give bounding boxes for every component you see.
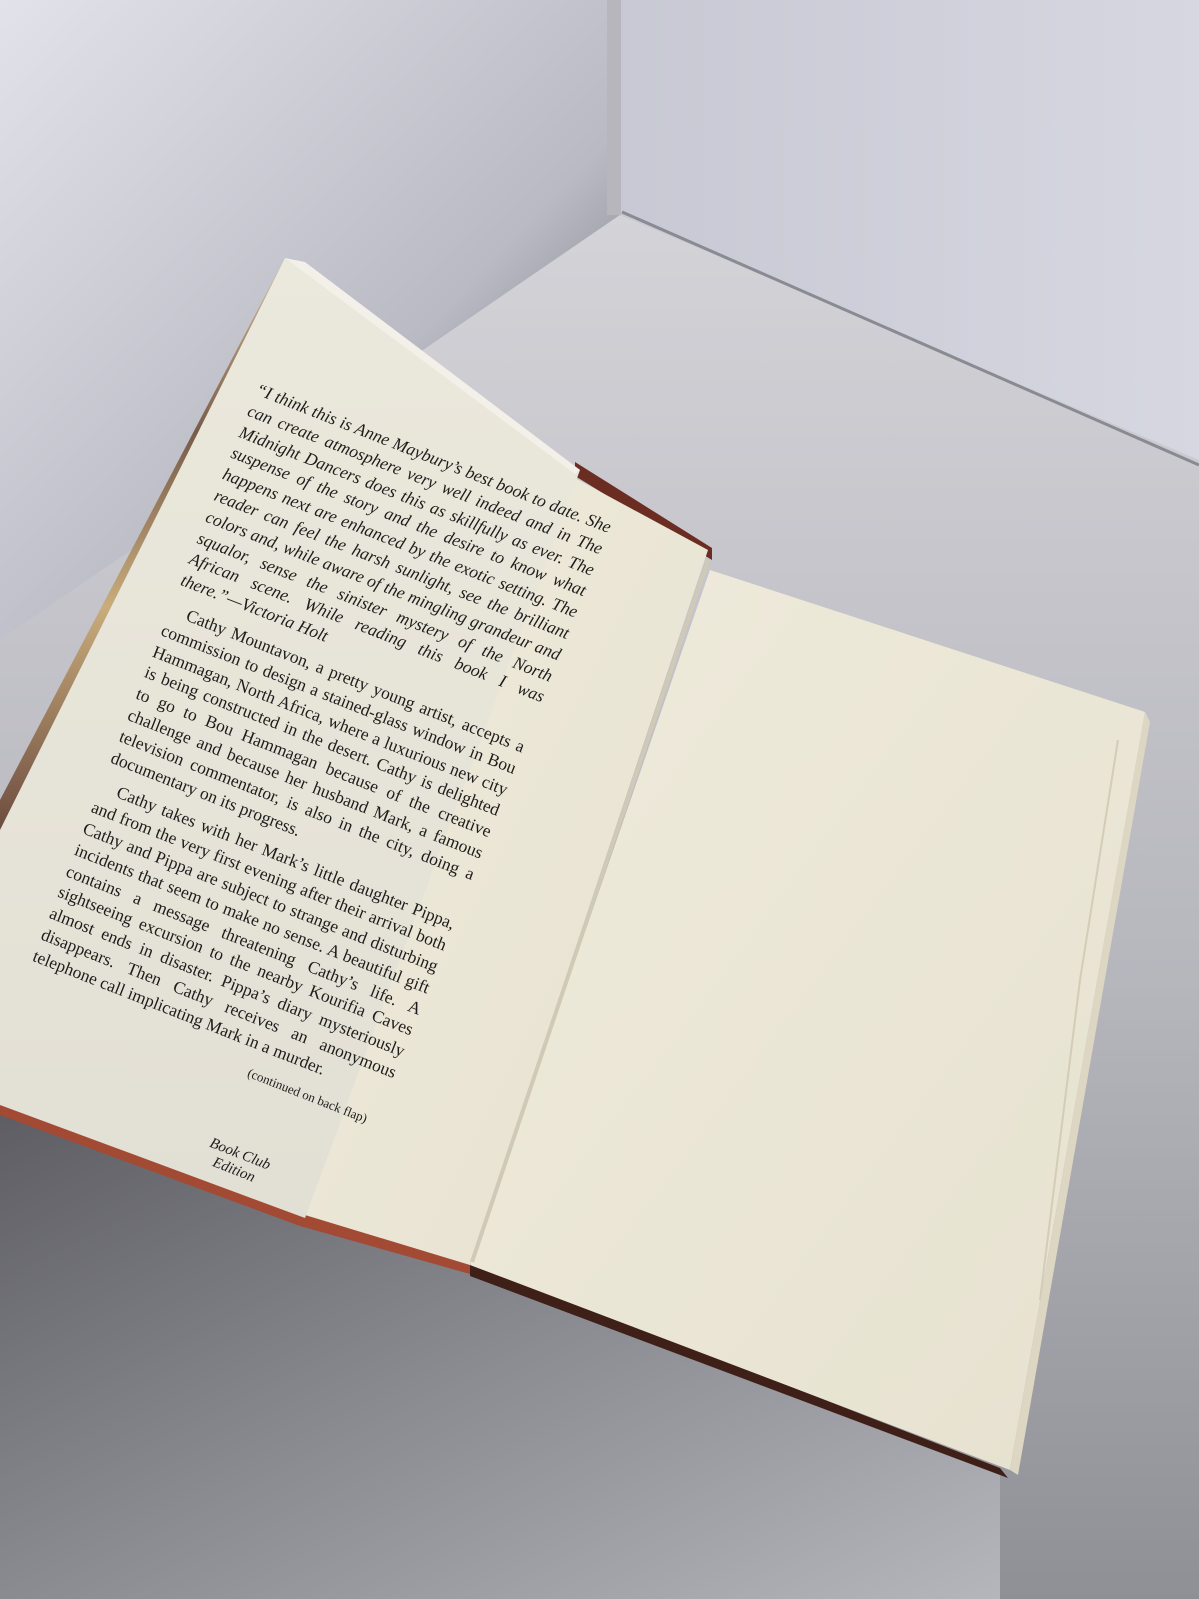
book-photo: “I think this is Anne Maybury’s best boo… <box>0 0 1199 1599</box>
